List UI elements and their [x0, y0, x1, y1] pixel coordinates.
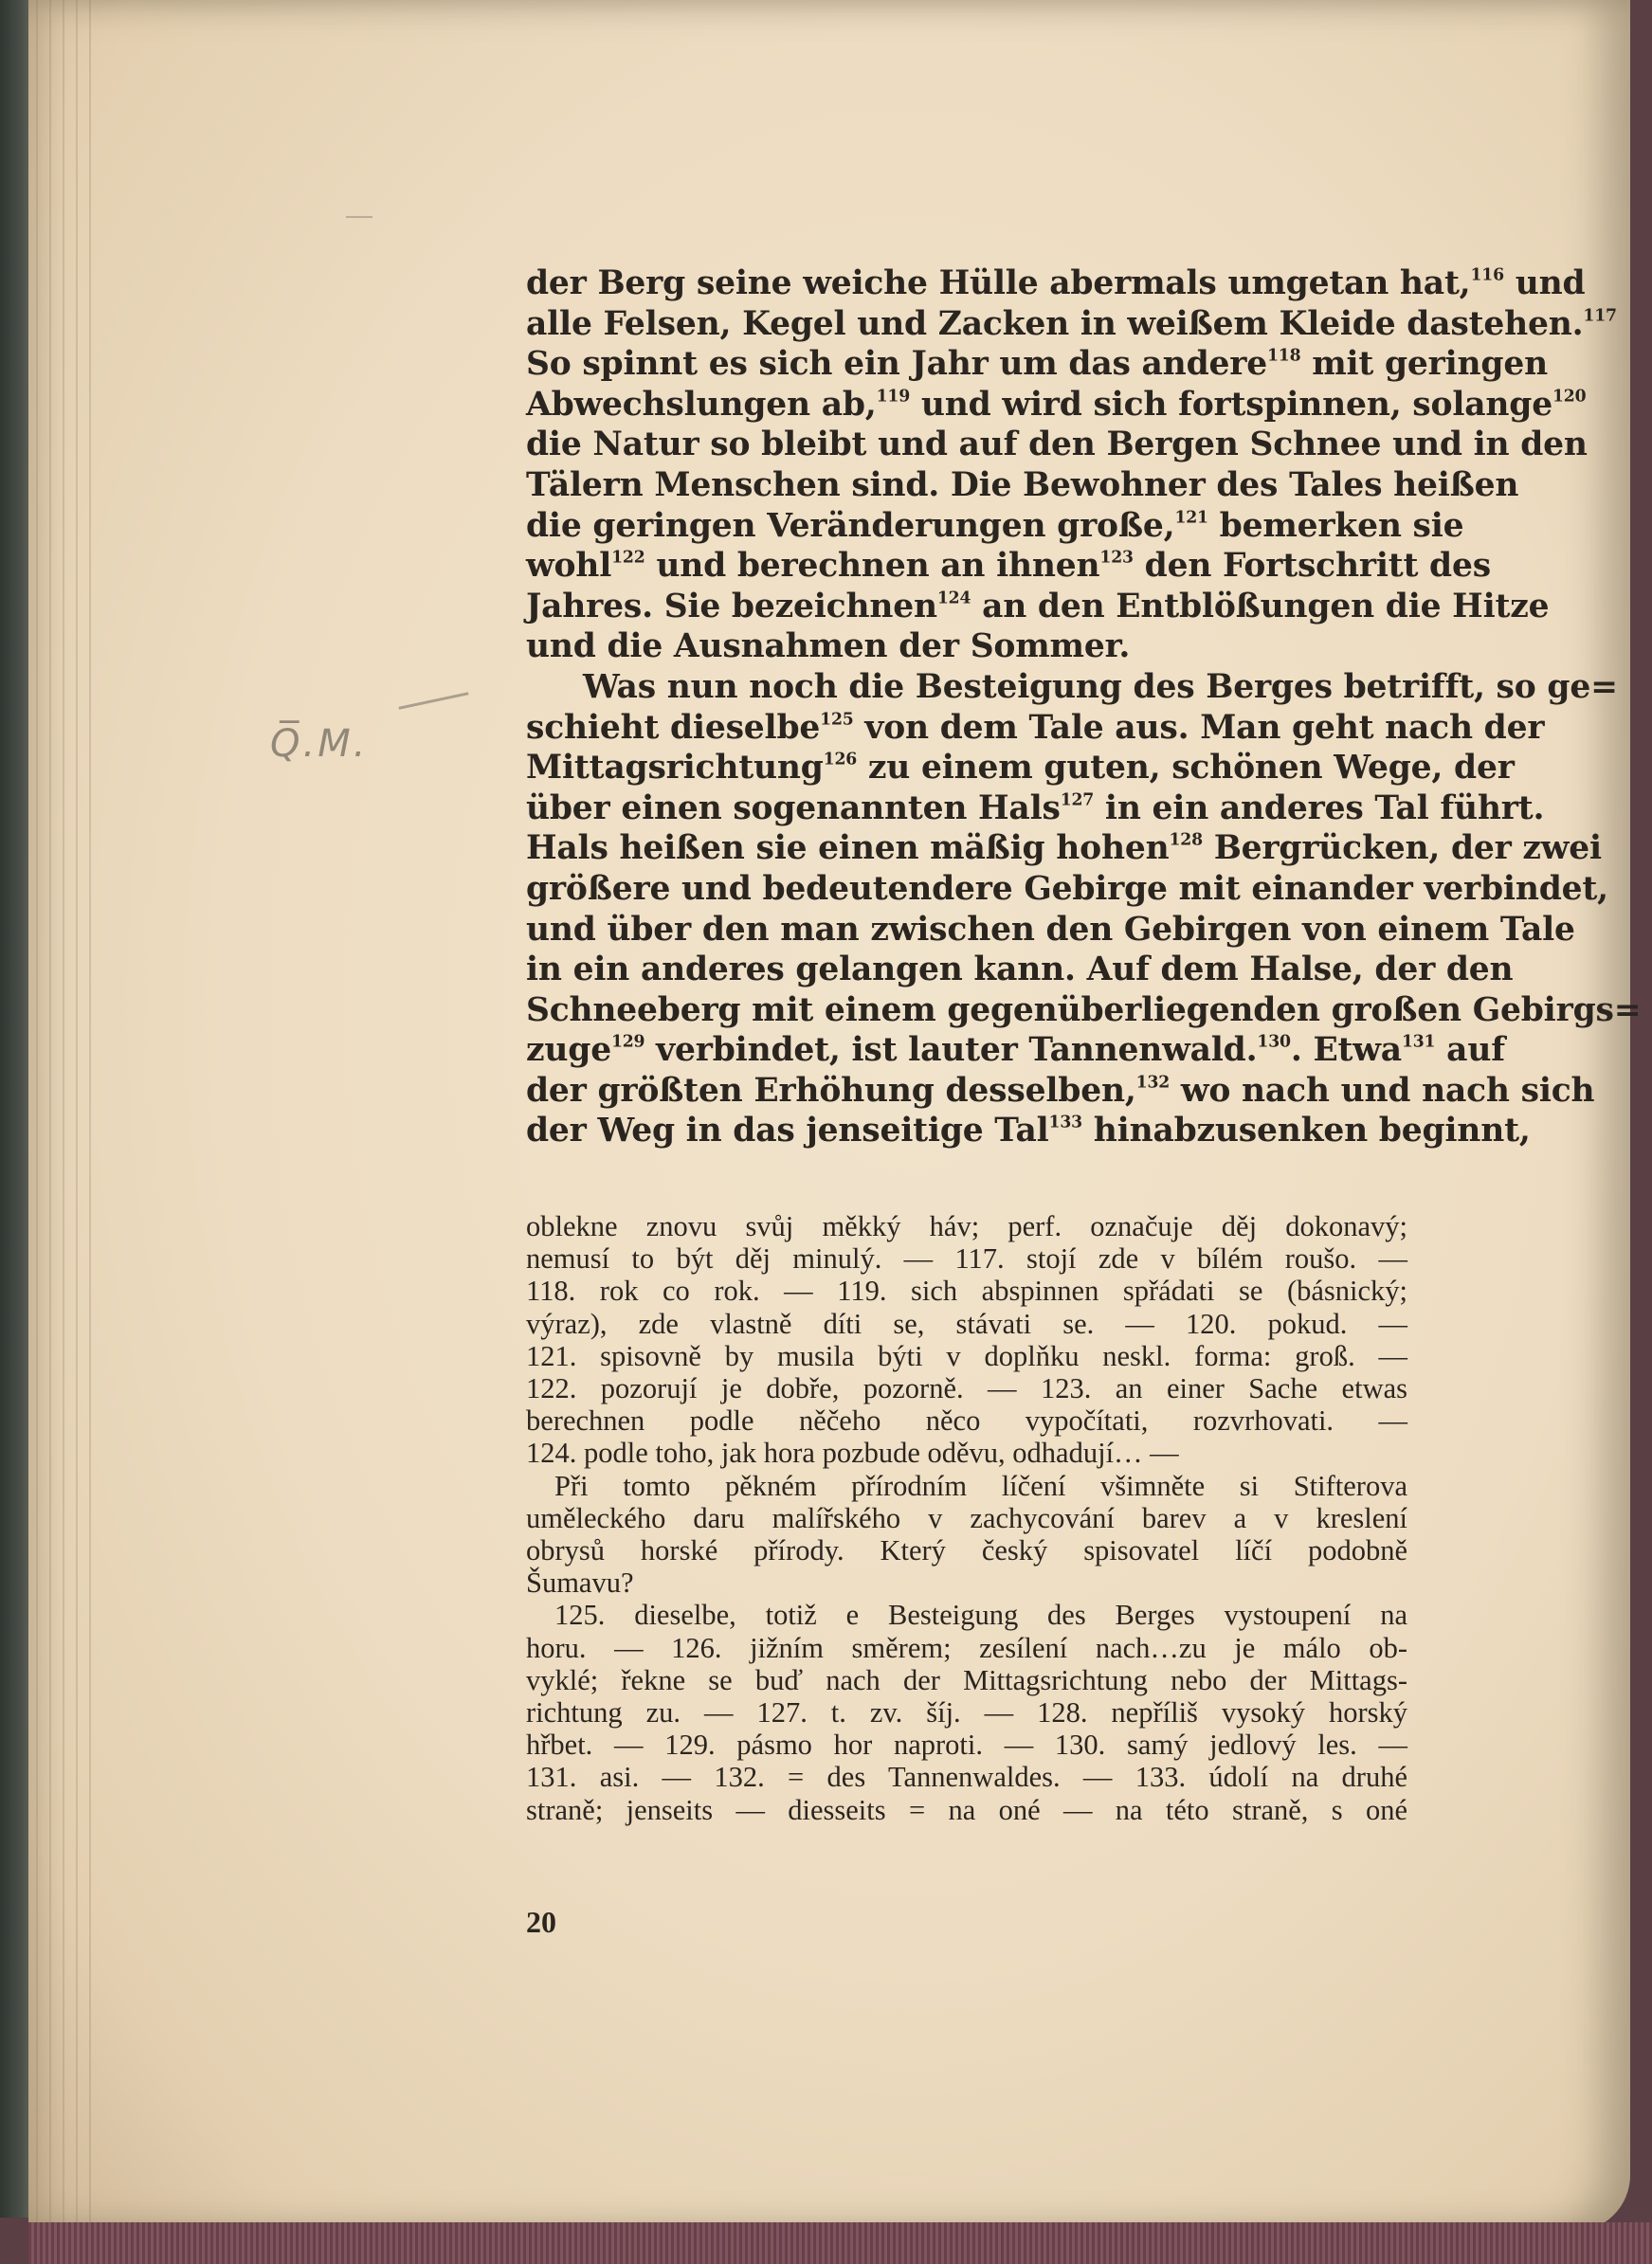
text-line: So spinnt es sich ein Jahr um das andere…	[526, 344, 1407, 385]
footnote-reference: 124	[937, 589, 971, 607]
text-line: schieht dieselbe125 von dem Tale aus. Ma…	[526, 708, 1407, 749]
text-line: größere und bedeutendere Gebirge mit ein…	[526, 869, 1407, 910]
text-line: und die Ausnahmen der Sommer.	[526, 626, 1407, 667]
footnote-reference: 121	[1174, 508, 1207, 527]
footnote-reference: 133	[1049, 1114, 1082, 1132]
text-line: Mittagsrichtung126 zu einem guten, schön…	[526, 748, 1407, 788]
footnote-reference: 120	[1552, 387, 1586, 406]
footnote-reference: 127	[1061, 790, 1094, 809]
footnote-line: 121. spisovně by musila býti v doplňku n…	[526, 1340, 1407, 1372]
footnote-reference: 126	[824, 750, 857, 769]
text-line: der Berg seine weiche Hülle abermals umg…	[526, 263, 1407, 304]
footnote-line: 118. rok co rok. — 119. sich abspinnen s…	[526, 1275, 1407, 1307]
text-line: der Weg in das jenseitige Tal133 hinabzu…	[526, 1111, 1407, 1151]
text-line: die Natur so bleibt und auf den Bergen S…	[526, 425, 1407, 465]
main-text-body: der Berg seine weiche Hülle abermals umg…	[526, 263, 1407, 1151]
text-line: in ein anderes gelangen kann. Auf dem Ha…	[526, 950, 1407, 990]
text-line: wohl122 und berechnen an ihnen123 den Fo…	[526, 546, 1407, 587]
footnote-reference: 117	[1583, 306, 1616, 325]
handwritten-margin-note: Q̅.M.	[270, 722, 368, 766]
footnote-reference: 129	[611, 1033, 644, 1052]
text-line: zuge129 verbindet, ist lauter Tannenwald…	[526, 1030, 1407, 1071]
footnote-reference: 118	[1267, 347, 1300, 366]
book-cover-edge	[28, 2222, 1652, 2264]
text-line: Tälern Menschen sind. Die Bewohner des T…	[526, 465, 1407, 506]
text-line: die geringen Veränderungen große,121 bem…	[526, 506, 1407, 547]
pencil-mark	[346, 216, 372, 218]
footnote-line: vyklé; řekne se buď nach der Mittagsrich…	[526, 1664, 1407, 1696]
text-line: Hals heißen sie einen mäßig hohen128 Ber…	[526, 828, 1407, 869]
text-line: Was nun noch die Besteigung des Berges b…	[526, 667, 1407, 708]
footnote-line: uměleckého daru malířského v zachycování…	[526, 1502, 1407, 1534]
text-line: Abwechslungen ab,119 und wird sich forts…	[526, 385, 1407, 426]
text-line: und über den man zwischen den Gebirgen v…	[526, 910, 1407, 951]
footnote-line: výraz), zde vlastně díti se, stávati se.…	[526, 1308, 1407, 1340]
page-edges	[36, 0, 102, 2227]
text-line: über einen sogenannten Hals127 in ein an…	[526, 788, 1407, 829]
footnote-line: richtung zu. — 127. t. zv. šíj. — 128. n…	[526, 1696, 1407, 1729]
footnote-line: obrysů horské přírody. Který český spiso…	[526, 1534, 1407, 1567]
text-line: Jahres. Sie bezeichnen124 an den Entblöß…	[526, 587, 1407, 627]
footnote-reference: 132	[1136, 1073, 1170, 1092]
footnote-reference: 122	[611, 549, 644, 568]
footnote-reference: 131	[1402, 1033, 1435, 1052]
footnote-line: oblekne znovu svůj měkký háv; perf. ozna…	[526, 1210, 1407, 1242]
footnote-line: Šumavu?	[526, 1567, 1407, 1599]
text-line: Schneeberg mit einem gegenüberliegenden …	[526, 990, 1407, 1031]
footnote-reference: 123	[1099, 549, 1133, 568]
page-number: 20	[526, 1905, 556, 1940]
footnote-reference: 116	[1471, 265, 1504, 284]
text-line: alle Felsen, Kegel und Zacken in weißem …	[526, 304, 1407, 345]
footnote-line: hřbet. — 129. pásmo hor naproti. — 130. …	[526, 1729, 1407, 1761]
footnote-reference: 128	[1169, 831, 1202, 850]
footnote-line: Při tomto pěkném přírodním líčení všimně…	[526, 1470, 1407, 1502]
footnote-line: berechnen podle něčeho něco vypočítati, …	[526, 1404, 1407, 1437]
footnote-reference: 125	[820, 710, 853, 729]
footnote-line: 131. asi. — 132. = des Tannenwaldes. — 1…	[526, 1761, 1407, 1793]
footnote-line: nemusí to být děj minulý. — 117. stojí z…	[526, 1242, 1407, 1275]
footnote-line: 124. podle toho, jak hora pozbude oděvu,…	[526, 1437, 1407, 1469]
footnote-line: horu. — 126. jižním směrem; zesílení nac…	[526, 1632, 1407, 1664]
footnote-reference: 119	[877, 387, 910, 406]
footnote-reference: 130	[1257, 1033, 1290, 1052]
footnote-line: straně; jenseits — diesseits = na oné — …	[526, 1794, 1407, 1826]
text-line: der größten Erhöhung desselben,132 wo na…	[526, 1071, 1407, 1112]
footnotes-body: oblekne znovu svůj měkký háv; perf. ozna…	[526, 1210, 1407, 1826]
footnote-line: 122. pozorují je dobře, pozorně. — 123. …	[526, 1372, 1407, 1404]
footnote-line: 125. dieselbe, totiž e Besteigung des Be…	[526, 1599, 1407, 1631]
